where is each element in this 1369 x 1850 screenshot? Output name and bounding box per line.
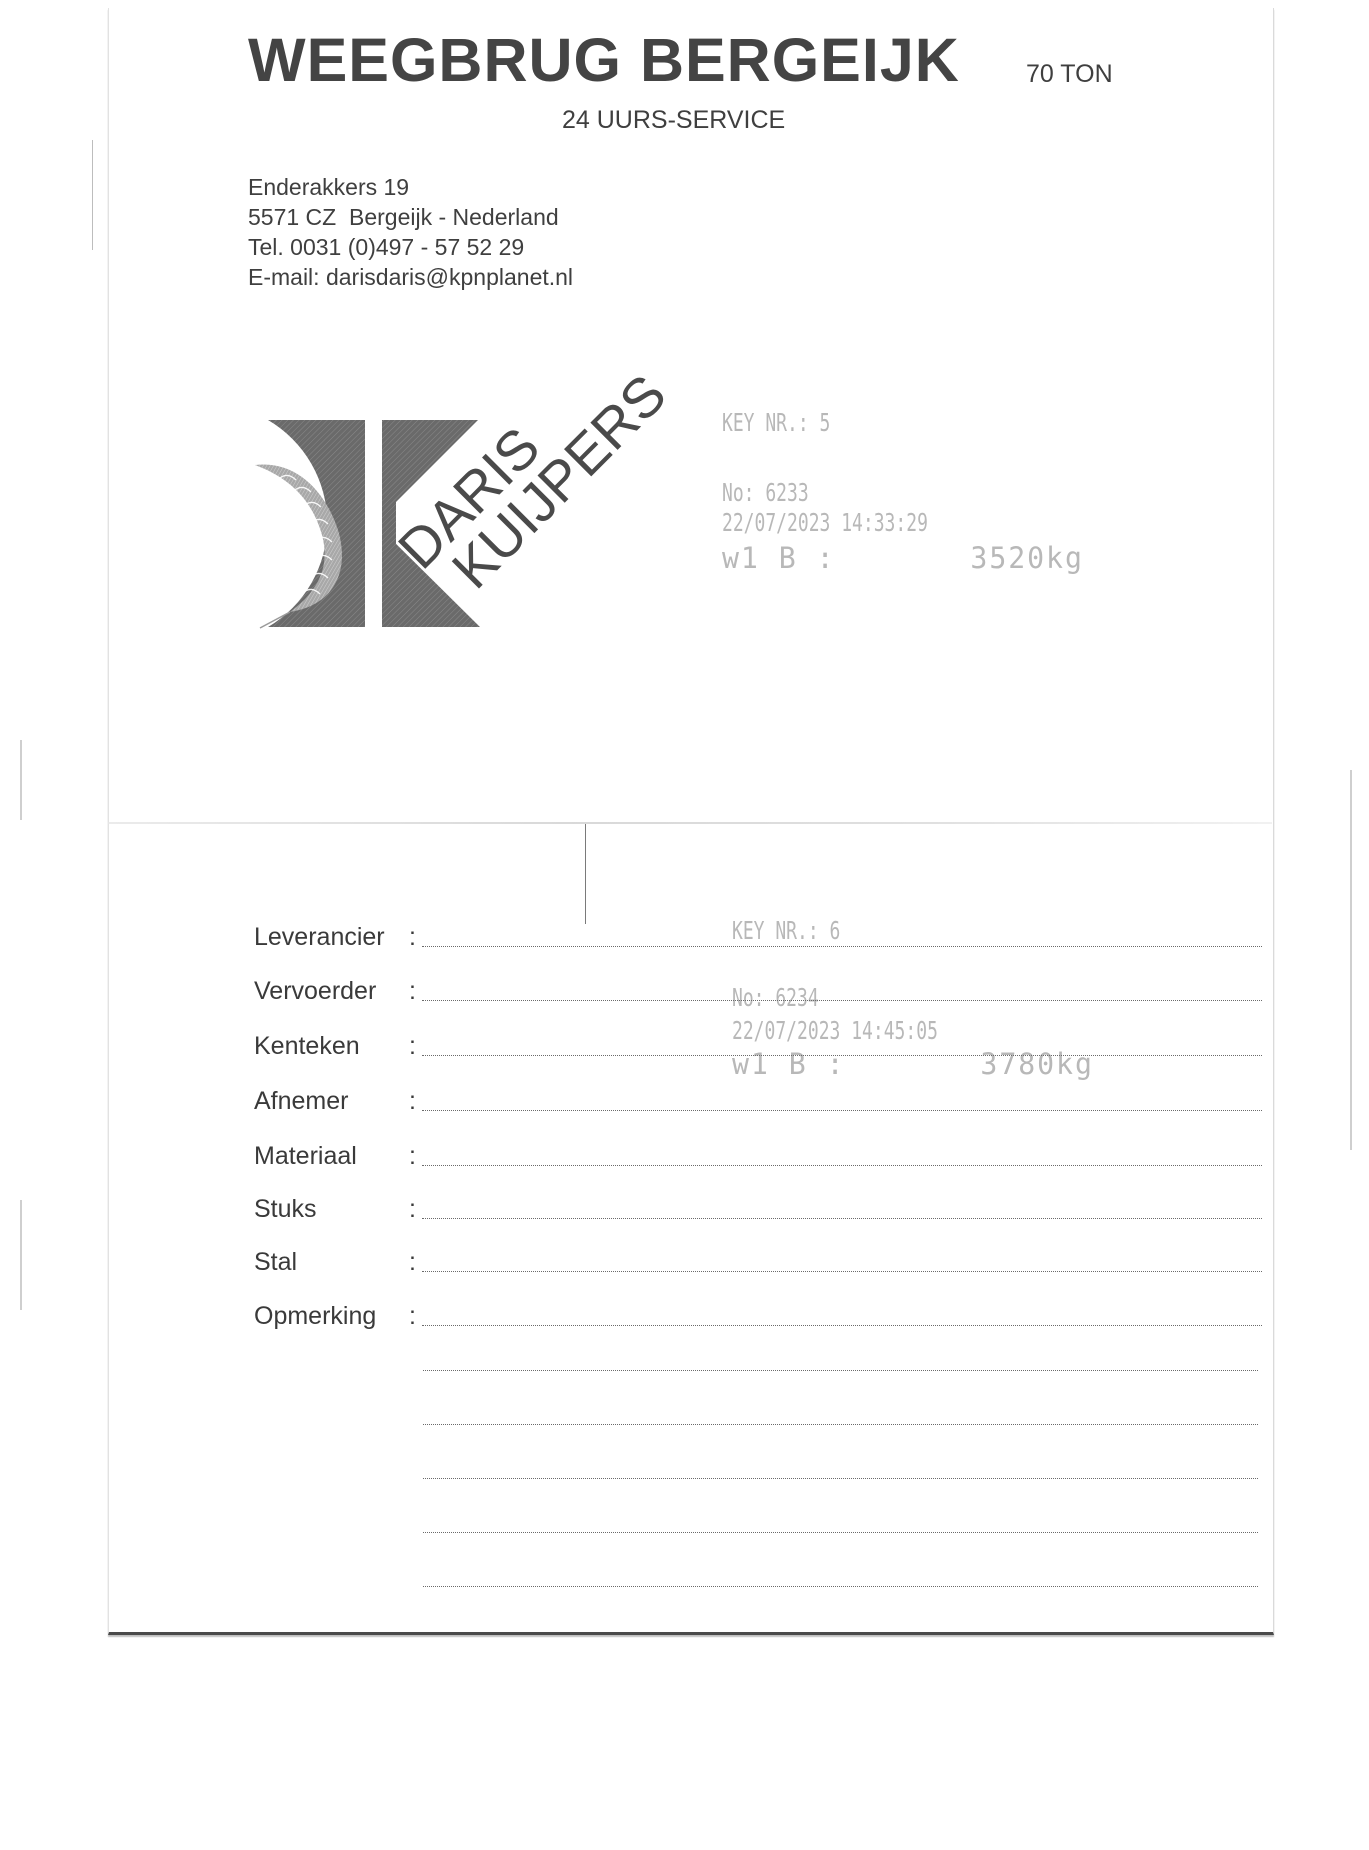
address-phone: Tel. 0031 (0)497 - 57 52 29 (248, 232, 573, 262)
afnemer-field[interactable] (422, 1108, 1262, 1111)
form-row-opmerking: Opmerking : (254, 1301, 1264, 1335)
kenteken-field[interactable] (422, 1053, 1262, 1056)
address-block: Enderakkers 19 5571 CZ Bergeijk - Nederl… (248, 172, 573, 292)
remark-line[interactable] (423, 1586, 1258, 1587)
form-colon: : (409, 1194, 416, 1224)
opmerking-field[interactable] (422, 1323, 1262, 1326)
form-row-afnemer: Afnemer : (254, 1086, 1264, 1120)
fold-tick-mark (585, 824, 586, 924)
leverancier-field[interactable] (422, 944, 1262, 947)
stamp-weight-label: w1 B : (722, 544, 806, 573)
form-label: Kenteken (254, 1031, 360, 1061)
form-label: Stuks (254, 1194, 317, 1224)
scan-artifact (20, 740, 22, 820)
form-row-kenteken: Kenteken : (254, 1031, 1264, 1065)
stamp-key-number: KEY NR.: 5 (722, 410, 830, 435)
stamp-weight-value: 3520kg (970, 544, 1054, 573)
daris-kuijpers-logo: DARIS KUIJPERS (250, 350, 690, 650)
address-street: Enderakkers 19 (248, 172, 573, 202)
scan-artifact (20, 1200, 22, 1310)
weighing-stamp-1: KEY NR.: 5 No: 6233 22/07/2023 14:33:29 … (722, 410, 1154, 580)
form-colon: : (409, 1301, 416, 1331)
stal-field[interactable] (422, 1269, 1262, 1272)
capacity-label: 70 TON (1026, 62, 1113, 87)
stuks-field[interactable] (422, 1216, 1262, 1219)
form-colon: : (409, 922, 416, 952)
remark-line[interactable] (423, 1370, 1258, 1371)
scan-artifact (92, 140, 93, 250)
address-email: E-mail: darisdaris@kpnplanet.nl (248, 262, 573, 292)
form-row-stuks: Stuks : (254, 1194, 1264, 1228)
remark-line[interactable] (423, 1532, 1258, 1533)
form-label: Leverancier (254, 922, 385, 952)
remark-line[interactable] (423, 1424, 1258, 1425)
form-row-leverancier: Leverancier : (254, 922, 1264, 956)
form-label: Vervoerder (254, 976, 376, 1006)
address-city: 5571 CZ Bergeijk - Nederland (248, 202, 573, 232)
service-label: 24 UURS-SERVICE (562, 108, 785, 133)
form-colon: : (409, 1141, 416, 1171)
form-colon: : (409, 1247, 416, 1277)
form-label: Opmerking (254, 1301, 376, 1331)
vervoerder-field[interactable] (422, 998, 1262, 1001)
form-colon: : (409, 1086, 416, 1116)
form-row-materiaal: Materiaal : (254, 1141, 1264, 1175)
form-label: Stal (254, 1247, 297, 1277)
form-label: Afnemer (254, 1086, 348, 1116)
stamp-ticket-number: No: 6233 (722, 480, 809, 505)
company-title: WEEGBRUG BERGEIJK (248, 30, 960, 91)
form-colon: : (409, 976, 416, 1006)
stamp-datetime: 22/07/2023 14:33:29 (722, 510, 928, 535)
scan-artifact (1350, 770, 1352, 1150)
fold-line (108, 822, 1272, 824)
form-row-vervoerder: Vervoerder : (254, 976, 1264, 1010)
remark-line[interactable] (423, 1478, 1258, 1479)
form-colon: : (409, 1031, 416, 1061)
materiaal-field[interactable] (422, 1163, 1262, 1166)
form-row-stal: Stal : (254, 1247, 1264, 1281)
form-label: Materiaal (254, 1141, 357, 1171)
